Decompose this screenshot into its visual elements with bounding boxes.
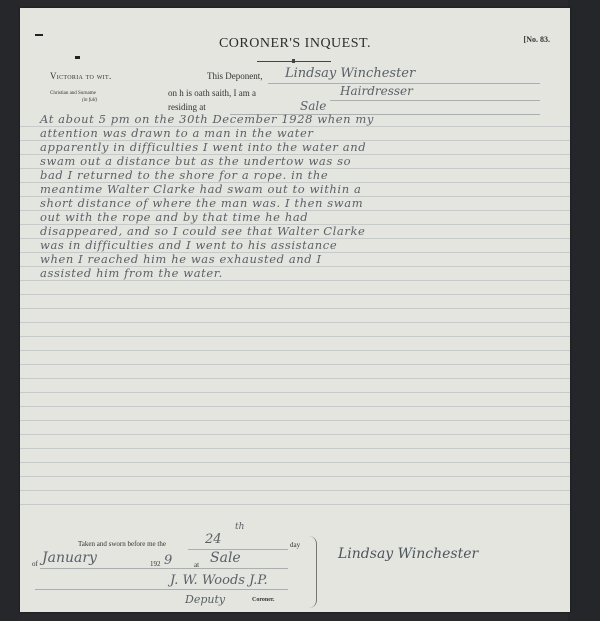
statement-line: out with the rope and by that time he ha… (40, 210, 308, 224)
form-number: [No. 83. (524, 35, 550, 44)
residence: Sale (300, 99, 326, 113)
name-note: Christian and Surname (50, 91, 96, 96)
page-title: CORONER'S INQUEST. (20, 36, 570, 52)
jurat-day-value: 24 (205, 532, 222, 547)
jurat-deputy-note: Deputy (185, 593, 225, 606)
statement-line: was in difficulties and I went to his as… (40, 238, 337, 252)
jurat-official-signature: J. W. Woods J.P. (170, 573, 268, 588)
statement-line: when I reached him he was exhausted and … (40, 252, 322, 266)
jurat-month-fill-line (40, 568, 288, 569)
jurat-year-suffix: 9 (164, 553, 172, 568)
deponent-name: Lindsay Winchester (285, 66, 415, 81)
jurat-at-label: at (194, 561, 199, 569)
scan-frame-right (568, 0, 600, 621)
jurisdiction-label: Victoria to wit. (50, 71, 112, 81)
deponent-label: This Deponent, (207, 71, 263, 81)
occupation-fill-line (330, 100, 540, 101)
jurat-brace (308, 536, 317, 608)
oath-label: on h is oath saith, I am a (168, 88, 256, 98)
statement-line: assisted him from the water. (40, 266, 223, 280)
statement-line: meantime Walter Clarke had swam out to w… (40, 182, 361, 196)
jurat-coroner-label: Coroner. (252, 597, 275, 603)
deponent-signature: Lindsay Winchester (338, 546, 478, 562)
statement-line: short distance of where the man was. I t… (40, 196, 363, 210)
statement-line: attention was drawn to a man in the wate… (40, 126, 313, 140)
name-note-sub: (in full) (82, 98, 97, 103)
statement-line: swam out a distance but as the undertow … (40, 154, 351, 168)
jurat-place-value: Sale (210, 550, 241, 566)
statement-line: disappeared, and so I could see that Wal… (40, 224, 365, 238)
jurat-day-suffix: th (235, 522, 244, 532)
jurat-day-label: day (290, 541, 300, 549)
occupation: Hairdresser (340, 84, 413, 98)
title-divider-ornament (292, 59, 295, 63)
residing-label: residing at (168, 102, 206, 112)
inquest-document-page: CORONER'S INQUEST. [No. 83. Victoria to … (20, 8, 570, 612)
statement-line: bad I returned to the shore for a rope. … (40, 168, 328, 182)
statement-line: apparently in difficulties I went into t… (40, 140, 366, 154)
scan-frame-left (0, 0, 20, 621)
jurat-of-label: of (32, 560, 38, 568)
jurat-taken-label: Taken and sworn before me the (78, 540, 166, 548)
jurat-official-fill-line (35, 589, 288, 590)
jurat-month-value: January (42, 550, 97, 566)
jurat-year-prefix: 192 (150, 560, 161, 568)
ink-mark (75, 56, 80, 59)
statement-line: At about 5 pm on the 30th December 1928 … (40, 112, 374, 126)
